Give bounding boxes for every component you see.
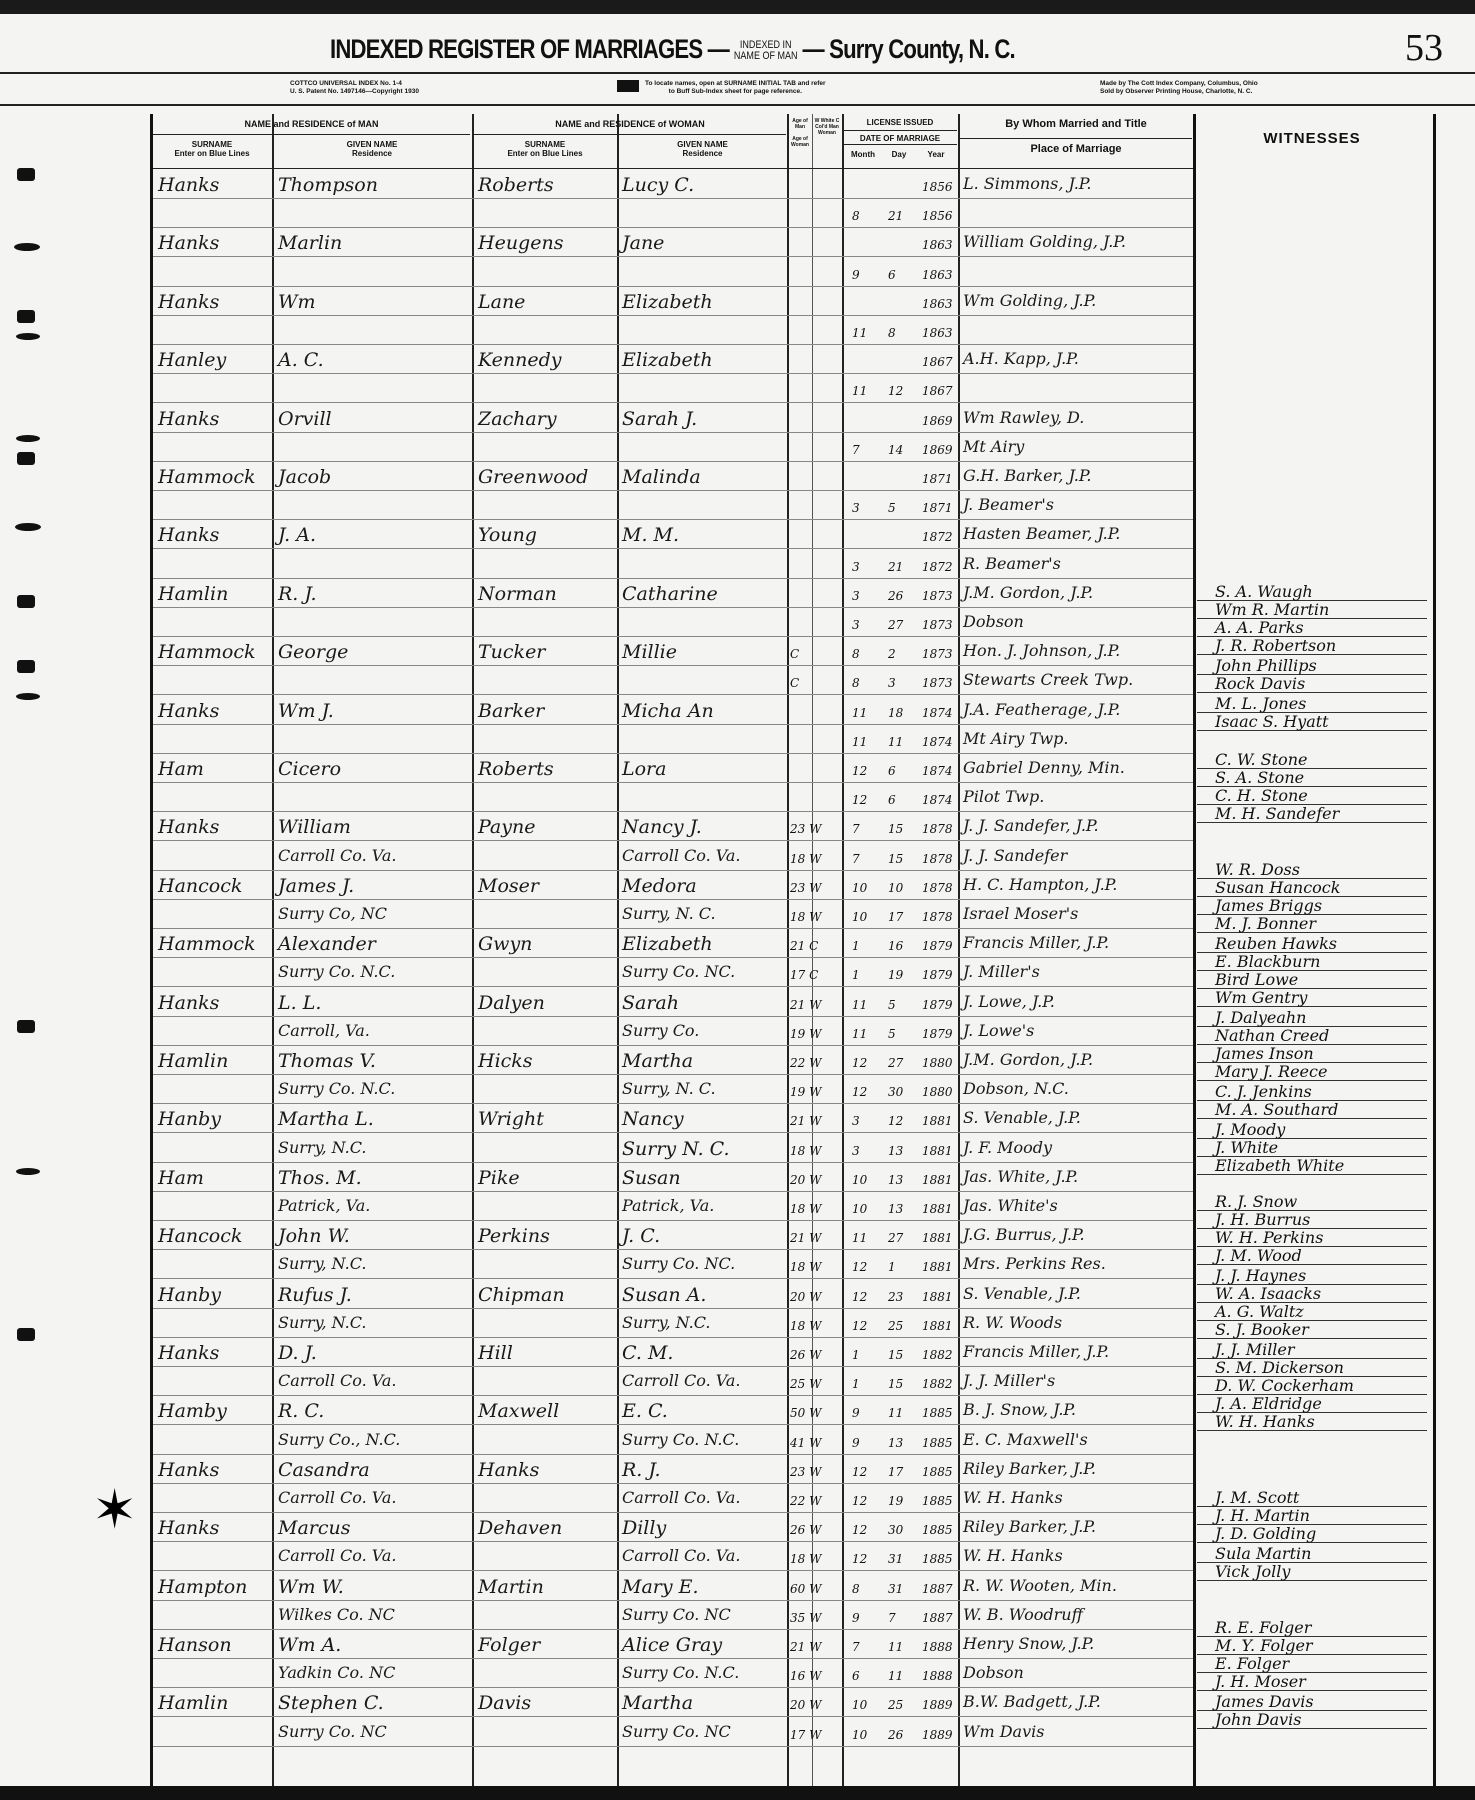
row-rule [153, 490, 1193, 491]
cell-year: 1881 [922, 1231, 953, 1245]
cell-day: 26 [888, 589, 903, 603]
cell-year: 1881 [922, 1144, 953, 1158]
cell-age: 21 W [790, 1114, 821, 1128]
cell-officiant: Riley Barker, J.P. [963, 1459, 1096, 1478]
cell-man-given: Rufus J. [278, 1284, 352, 1306]
cell-man-given: Carroll Co. Va. [278, 1371, 397, 1390]
cell-month: 10 [852, 1173, 867, 1187]
cell-woman-given: Lora [622, 758, 666, 780]
header-year: Year [915, 150, 957, 159]
cell-month: 8 [852, 209, 860, 223]
cell-woman-given: Surry, N.C. [622, 1313, 710, 1332]
witness-name: M. Y. Folger [1215, 1636, 1313, 1655]
cell-woman-surname: Hill [478, 1342, 513, 1364]
cell-woman-surname: Chipman [478, 1284, 565, 1306]
witness-name: R. E. Folger [1215, 1618, 1311, 1637]
col-divider [958, 114, 960, 1786]
header-bottom-rule [153, 168, 1193, 169]
cell-man-given: Cicero [278, 758, 341, 780]
cell-day: 15 [888, 822, 903, 836]
cell-officiant: E. C. Maxwell's [963, 1430, 1088, 1449]
cell-year: 1863 [922, 326, 953, 340]
cell-officiant: Hasten Beamer, J.P. [963, 524, 1120, 543]
cell-month: 3 [852, 501, 860, 515]
cell-man-given: Thos. M. [278, 1167, 362, 1189]
cell-man-surname: Hammock [158, 466, 256, 488]
cell-age: 17 C [790, 968, 818, 982]
cell-woman-given: Medora [622, 875, 697, 897]
header-license: LICENSE ISSUED [843, 118, 957, 127]
row-rule [153, 1308, 1193, 1309]
cell-month: 12 [852, 1290, 867, 1304]
cell-woman-surname: Heugens [478, 232, 563, 254]
row-rule [153, 1366, 1193, 1367]
cell-officiant: J. J. Sandefer [963, 846, 1067, 865]
cell-woman-surname: Gwyn [478, 933, 532, 955]
col-divider [617, 114, 619, 1786]
cell-year: 1880 [922, 1056, 953, 1070]
cell-man-given: William [278, 816, 351, 838]
cell-man-given: Jacob [278, 466, 331, 488]
cell-month: 6 [852, 1669, 860, 1683]
binder-hole [16, 435, 40, 442]
cell-age: 17 W [790, 1728, 821, 1742]
cell-officiant: Stewarts Creek Twp. [963, 670, 1133, 689]
cell-man-surname: Hanks [158, 524, 219, 546]
witness-name: John Davis [1215, 1710, 1301, 1729]
cell-month: 8 [852, 1582, 860, 1596]
cell-month: 3 [852, 1114, 860, 1128]
cell-month: 8 [852, 647, 860, 661]
cell-day: 13 [888, 1173, 903, 1187]
witness-name: M. L. Jones [1215, 694, 1306, 713]
cell-day: 27 [888, 618, 903, 632]
cell-age: 21 W [790, 1640, 821, 1654]
witness-name: D. W. Cockerham [1215, 1376, 1354, 1395]
cell-month: 11 [852, 1231, 867, 1245]
cell-year: 1878 [922, 822, 953, 836]
cell-year: 1878 [922, 852, 953, 866]
cell-year: 1863 [922, 268, 953, 282]
cell-year: 1873 [922, 589, 953, 603]
cell-year: 1856 [922, 209, 953, 223]
cell-woman-given: Micha An [622, 700, 714, 722]
row-rule [153, 1249, 1193, 1250]
cell-month: 12 [852, 1465, 867, 1479]
cell-officiant: S. Venable, J.P. [963, 1284, 1081, 1303]
witness-name: J. H. Burrus [1215, 1210, 1310, 1229]
cell-age: 23 W [790, 1465, 821, 1479]
header-man-surname: SURNAMEEnter on Blue Lines [153, 140, 271, 158]
cell-man-surname: Hanks [158, 174, 219, 196]
row-rule [153, 1454, 1193, 1455]
witness-name: J. A. Eldridge [1215, 1394, 1322, 1413]
witness-name: J. R. Robertson [1215, 636, 1336, 655]
cell-officiant: Dobson, N.C. [963, 1079, 1069, 1098]
cell-man-given: James J. [278, 875, 354, 897]
cell-man-given: George [278, 641, 348, 663]
cell-officiant: Mrs. Perkins Res. [963, 1254, 1106, 1273]
cell-man-given: Wm [278, 291, 316, 313]
cell-day: 5 [888, 1027, 896, 1041]
cell-year: 1873 [922, 647, 953, 661]
cell-day: 27 [888, 1231, 903, 1245]
witness-name: S. A. Stone [1215, 768, 1304, 787]
cell-woman-surname: Perkins [478, 1225, 550, 1247]
row-rule [153, 899, 1193, 900]
row-rule [153, 636, 1193, 637]
cell-age: 20 W [790, 1173, 821, 1187]
cell-day: 31 [888, 1552, 903, 1566]
cell-age: 20 W [790, 1290, 821, 1304]
cell-officiant: Riley Barker, J.P. [963, 1517, 1096, 1536]
cell-year: 1878 [922, 881, 953, 895]
cell-man-given: Surry, N.C. [278, 1313, 366, 1332]
cell-year: 1885 [922, 1523, 953, 1537]
cell-man-surname: Hanks [158, 232, 219, 254]
witness-name: J. J. Miller [1215, 1340, 1295, 1359]
witness-name: C. H. Stone [1215, 786, 1308, 805]
cell-woman-given: J. C. [622, 1225, 660, 1247]
cell-day: 6 [888, 268, 896, 282]
cell-year: 1873 [922, 618, 953, 632]
row-rule [153, 1074, 1193, 1075]
row-rule [153, 1687, 1193, 1688]
row-rule [153, 1512, 1193, 1513]
cell-man-surname: Hanks [158, 992, 219, 1014]
cell-woman-surname: Roberts [478, 758, 554, 780]
witness-name: Sula Martin [1215, 1544, 1311, 1563]
binder-hole [14, 243, 40, 251]
cell-month: 7 [852, 1640, 860, 1654]
star-icon: ✶ [92, 1483, 137, 1537]
cell-man-surname: Hanks [158, 291, 219, 313]
cell-year: 1881 [922, 1114, 953, 1128]
row-rule [153, 227, 1193, 228]
cell-year: 1885 [922, 1494, 953, 1508]
cell-officiant: Gabriel Denny, Min. [963, 758, 1125, 777]
cell-month: 10 [852, 910, 867, 924]
cell-month: 12 [852, 1319, 867, 1333]
cell-woman-surname: Zachary [478, 408, 557, 430]
cell-woman-given: Nancy J. [622, 816, 702, 838]
cell-man-given: Surry Co., N.C. [278, 1430, 400, 1449]
cell-woman-surname: Kennedy [478, 349, 562, 371]
cell-day: 26 [888, 1728, 903, 1742]
cell-year: 1874 [922, 735, 953, 749]
cell-man-given: Carroll Co. Va. [278, 1488, 397, 1507]
header-place: Place of Marriage [960, 145, 1192, 154]
cell-year: 1856 [922, 180, 953, 194]
cell-man-surname: Hanks [158, 1459, 219, 1481]
cell-day: 17 [888, 1465, 903, 1479]
cell-day: 3 [888, 676, 896, 690]
cell-officiant: Mt Airy [963, 437, 1024, 456]
witness-name: C. J. Jenkins [1215, 1082, 1312, 1101]
cell-woman-surname: Dehaven [478, 1517, 562, 1539]
cell-officiant: Wm Davis [963, 1722, 1044, 1741]
witness-name: W. R. Doss [1215, 860, 1300, 879]
witness-name: John Phillips [1215, 656, 1317, 675]
witness-name: J. J. Haynes [1215, 1266, 1306, 1285]
cell-year: 1879 [922, 939, 953, 953]
row-rule [153, 665, 1193, 666]
row-rule [153, 344, 1193, 345]
witness-name: W. H. Hanks [1215, 1412, 1315, 1431]
cell-officiant: A.H. Kapp, J.P. [963, 349, 1079, 368]
cell-woman-given: Elizabeth [622, 349, 713, 371]
witness-name: J. H. Martin [1215, 1506, 1310, 1525]
witness-name: James Briggs [1215, 896, 1322, 915]
cell-year: 1885 [922, 1552, 953, 1566]
cell-officiant: Pilot Twp. [963, 787, 1044, 806]
witness-name: S. A. Waugh [1215, 582, 1313, 601]
cell-woman-given: Surry, N. C. [622, 904, 716, 923]
cell-woman-given: Elizabeth [622, 933, 713, 955]
cell-month: 1 [852, 1377, 860, 1391]
cell-officiant: Jas. White, J.P. [963, 1167, 1078, 1186]
binder-hole [16, 1168, 40, 1175]
witness-name: Bird Lowe [1215, 970, 1298, 989]
cell-woman-given: Sarah J. [622, 408, 697, 430]
cell-month: 3 [852, 560, 860, 574]
cell-man-surname: Hancock [158, 1225, 242, 1247]
cell-officiant: R. W. Woods [963, 1313, 1062, 1332]
col-divider [787, 114, 789, 1786]
cell-officiant: J.G. Burrus, J.P. [963, 1225, 1085, 1244]
row-rule [153, 519, 1193, 520]
cell-man-surname: Hamlin [158, 1050, 228, 1072]
cell-man-given: Patrick, Va. [278, 1196, 370, 1215]
cell-day: 18 [888, 706, 903, 720]
cell-year: 1888 [922, 1669, 953, 1683]
cell-day: 19 [888, 1494, 903, 1508]
cell-officiant: Israel Moser's [963, 904, 1078, 923]
cell-man-surname: Hanby [158, 1108, 221, 1130]
page-title: INDEXED REGISTER OF MARRIAGES —INDEXED I… [330, 34, 1015, 65]
cell-officiant: J. F. Moody [963, 1138, 1052, 1157]
cell-year: 1867 [922, 355, 953, 369]
cell-woman-given: Martha [622, 1050, 693, 1072]
locate-instructions: To locate names, open at SURNAME INITIAL… [645, 80, 826, 96]
cell-woman-given: Surry Co. NC. [622, 962, 735, 981]
cell-day: 25 [888, 1698, 903, 1712]
row-rule [153, 957, 1193, 958]
cell-day: 31 [888, 1582, 903, 1596]
witness-name: Mary J. Reece [1215, 1062, 1327, 1081]
witness-name: Vick Jolly [1215, 1562, 1290, 1581]
cell-man-given: Alexander [278, 933, 376, 955]
cell-officiant: J. J. Sandefer, J.P. [963, 816, 1099, 835]
cell-day: 19 [888, 968, 903, 982]
cell-age: 18 W [790, 1260, 821, 1274]
cell-year: 1871 [922, 501, 953, 515]
cell-woman-given: Sarah [622, 992, 679, 1014]
page-number: 53 [1405, 26, 1443, 70]
cell-month: 11 [852, 706, 867, 720]
cell-woman-given: Carroll Co. Va. [622, 1488, 741, 1507]
cell-man-surname: Hamlin [158, 1692, 228, 1714]
cell-month: 1 [852, 968, 860, 982]
row-rule [153, 1132, 1193, 1133]
cell-woman-given: Surry Co. NC. [622, 1254, 735, 1273]
cell-woman-given: Elizabeth [622, 291, 713, 313]
binder-hole [17, 168, 35, 181]
cell-officiant: R. W. Wooten, Min. [963, 1576, 1117, 1595]
cell-year: 1879 [922, 1027, 953, 1041]
witness-name: J. H. Moser [1215, 1672, 1306, 1691]
binder-hole [16, 693, 40, 700]
cell-year: 1869 [922, 443, 953, 457]
cell-woman-surname: Payne [478, 816, 535, 838]
row-rule [153, 1541, 1193, 1542]
cell-officiant: W. H. Hanks [963, 1546, 1063, 1565]
cell-day: 15 [888, 1348, 903, 1362]
cell-age: 26 W [790, 1348, 821, 1362]
cell-woman-surname: Norman [478, 583, 557, 605]
cell-age: 18 W [790, 852, 821, 866]
cell-woman-given: Patrick, Va. [622, 1196, 714, 1215]
witness-name: M. J. Bonner [1215, 914, 1316, 933]
cell-day: 25 [888, 1319, 903, 1333]
row-rule [153, 840, 1193, 841]
cell-day: 6 [888, 793, 896, 807]
cell-woman-given: E. C. [622, 1400, 668, 1422]
cell-year: 1889 [922, 1698, 953, 1712]
cell-day: 17 [888, 910, 903, 924]
cell-year: 1881 [922, 1290, 953, 1304]
row-rule [153, 198, 1193, 199]
cell-man-given: Orvill [278, 408, 332, 430]
cell-age: 20 W [790, 1698, 821, 1712]
row-rule [153, 1278, 1193, 1279]
row-rule [153, 578, 1193, 579]
header-man-given: GIVEN NAMEResidence [274, 140, 470, 158]
cell-year: 1887 [922, 1582, 953, 1596]
cell-woman-given: Surry Co. NC [622, 1605, 731, 1624]
publisher-info: Made by The Cott Index Company, Columbus… [1100, 80, 1258, 96]
cell-woman-given: Carroll Co. Va. [622, 846, 741, 865]
cell-man-surname: Hamby [158, 1400, 227, 1422]
cell-man-surname: Hanks [158, 1342, 219, 1364]
cell-day: 27 [888, 1056, 903, 1070]
cell-year: 1872 [922, 560, 953, 574]
row-rule [153, 1045, 1193, 1046]
witness-name: W. H. Perkins [1215, 1228, 1323, 1247]
row-rule [153, 548, 1193, 549]
binder-hole [17, 1328, 35, 1341]
cell-man-given: Surry, N.C. [278, 1254, 366, 1273]
binder-hole [17, 660, 35, 673]
cell-day: 10 [888, 881, 903, 895]
cell-man-surname: Hanks [158, 700, 219, 722]
cell-woman-given: Surry, N. C. [622, 1079, 716, 1098]
cell-age: 19 W [790, 1085, 821, 1099]
cell-man-given: Wm A. [278, 1634, 341, 1656]
witness-name: W. A. Isaacks [1215, 1284, 1321, 1303]
row-rule [153, 1600, 1193, 1601]
cell-age: 22 W [790, 1056, 821, 1070]
binder-hole [15, 523, 41, 531]
row-rule [153, 1483, 1193, 1484]
cell-man-surname: Hanson [158, 1634, 232, 1656]
cell-officiant: S. Venable, J.P. [963, 1108, 1081, 1127]
header-woman-surname: SURNAMEEnter on Blue Lines [474, 140, 616, 158]
cell-woman-surname: Maxwell [478, 1400, 559, 1422]
witness-name: Wm R. Martin [1215, 600, 1329, 619]
cell-day: 12 [888, 384, 903, 398]
cell-month: 7 [852, 443, 860, 457]
cell-day: 8 [888, 326, 896, 340]
witness-name: M. H. Sandefer [1215, 804, 1339, 823]
cell-day: 30 [888, 1523, 903, 1537]
cell-woman-surname: Pike [478, 1167, 520, 1189]
row-rule [153, 753, 1193, 754]
cell-day: 2 [888, 647, 896, 661]
col-divider [472, 114, 474, 1786]
cell-day: 11 [888, 735, 903, 749]
cell-month: 9 [852, 1436, 860, 1450]
cell-month: 12 [852, 1056, 867, 1070]
row-rule [153, 928, 1193, 929]
cell-man-given: Surry Co, NC [278, 904, 387, 923]
cell-age: C [790, 647, 799, 661]
cell-day: 15 [888, 1377, 903, 1391]
cell-month: 3 [852, 589, 860, 603]
witness-name: Susan Hancock [1215, 878, 1340, 897]
cell-age: 16 W [790, 1669, 821, 1683]
witness-name: James Davis [1215, 1692, 1314, 1711]
cell-year: 1874 [922, 706, 953, 720]
witness-name: J. M. Wood [1215, 1246, 1302, 1265]
row-rule [153, 1016, 1193, 1017]
cell-year: 1885 [922, 1436, 953, 1450]
row-rule [153, 315, 1193, 316]
cell-officiant: J.M. Gordon, J.P. [963, 583, 1093, 602]
cell-woman-surname: Roberts [478, 174, 554, 196]
cell-officiant: Henry Snow, J.P. [963, 1634, 1094, 1653]
cell-man-given: A. C. [278, 349, 324, 371]
row-rule [153, 1424, 1193, 1425]
cell-woman-given: Susan A. [622, 1284, 706, 1306]
cell-age: 23 W [790, 881, 821, 895]
cell-month: 11 [852, 326, 867, 340]
cell-day: 30 [888, 1085, 903, 1099]
cell-officiant: L. Simmons, J.P. [963, 174, 1091, 193]
cell-age: 18 W [790, 1319, 821, 1333]
witness-name: Reuben Hawks [1215, 934, 1337, 953]
cell-officiant: J. J. Miller's [963, 1371, 1055, 1390]
cell-woman-given: Lucy C. [622, 174, 694, 196]
cell-day: 13 [888, 1144, 903, 1158]
cell-woman-given: Susan [622, 1167, 681, 1189]
cell-officiant: Jas. White's [963, 1196, 1058, 1215]
cell-man-surname: Hammock [158, 933, 256, 955]
row-rule [153, 1162, 1193, 1163]
cell-year: 1863 [922, 297, 953, 311]
cell-age: 26 W [790, 1523, 821, 1537]
cell-year: 1863 [922, 238, 953, 252]
cell-age: 18 W [790, 1144, 821, 1158]
witness-name: C. W. Stone [1215, 750, 1307, 769]
cell-man-given: Casandra [278, 1459, 370, 1481]
cell-woman-surname: Young [478, 524, 537, 546]
row-rule [153, 1570, 1193, 1571]
witness-name: S. M. Dickerson [1215, 1358, 1344, 1377]
row-rule [153, 724, 1193, 725]
cell-woman-given: Surry N. C. [622, 1138, 730, 1160]
cell-woman-surname: Martin [478, 1576, 544, 1598]
